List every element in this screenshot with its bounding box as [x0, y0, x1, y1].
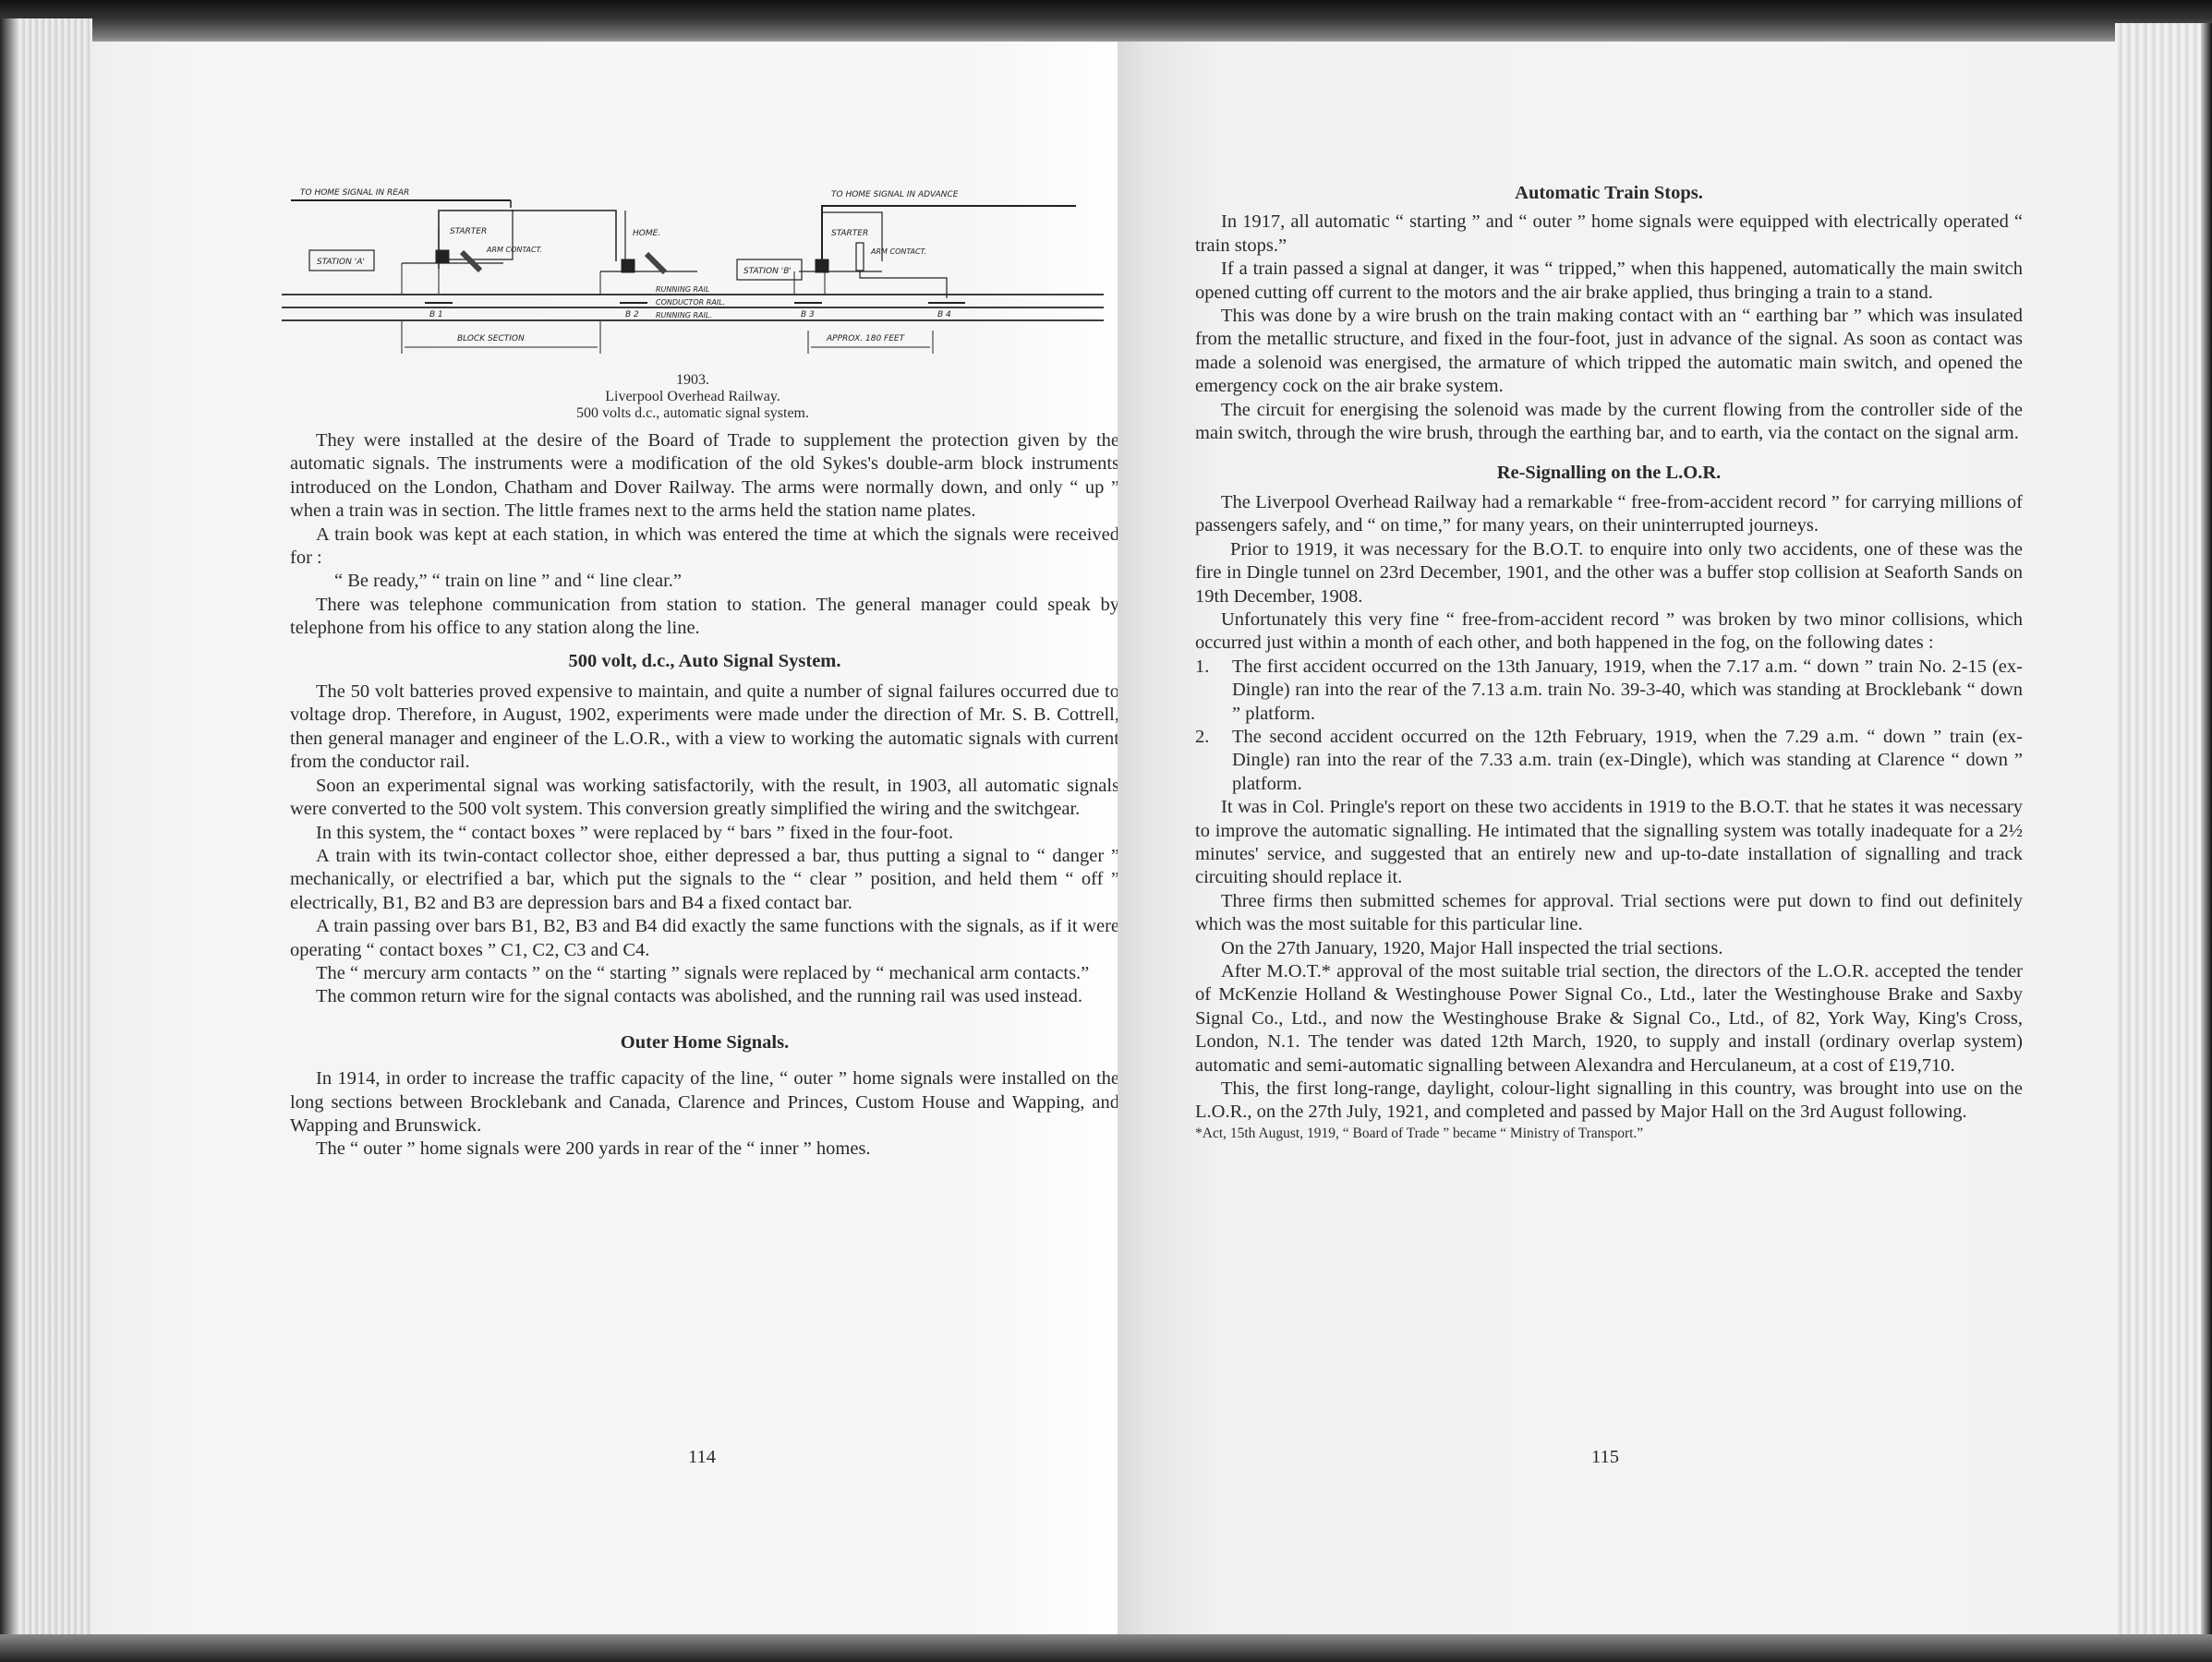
- paragraph: In this system, the “ contact boxes ” we…: [290, 822, 1119, 845]
- paragraph: This was done by a wire brush on the tra…: [1195, 305, 2023, 399]
- paragraph: The circuit for energising the solenoid …: [1195, 399, 2023, 446]
- paragraph: This, the first long-range, daylight, co…: [1195, 1078, 2023, 1125]
- label-b2: B 2: [625, 310, 639, 319]
- label-approx-180-feet: APPROX. 180 FEET: [826, 334, 906, 343]
- paragraph: It was in Col. Pringle's report on these…: [1195, 796, 2023, 890]
- list-item: 2.The second accident occurred on the 12…: [1195, 726, 2023, 796]
- paragraph: If a train passed a signal at danger, it…: [1195, 258, 2023, 305]
- diagram-svg: TO HOME SIGNAL IN REAR TO HOME SIGNAL IN…: [282, 178, 1104, 400]
- label-home: HOME.: [633, 229, 660, 238]
- page-114: TO HOME SIGNAL IN REAR TO HOME SIGNAL IN…: [92, 42, 1118, 1634]
- figure-caption-year: 1903.: [282, 372, 1104, 389]
- book-page-edges-left: [0, 18, 92, 1644]
- left-page-text: They were installed at the desire of the…: [290, 429, 1119, 1162]
- label-to-home-rear: TO HOME SIGNAL IN REAR: [300, 188, 409, 198]
- list-text: The first accident occurred on the 13th …: [1232, 656, 2023, 724]
- label-starter-b: STARTER: [831, 229, 868, 238]
- paragraph: Three firms then submitted schemes for a…: [1195, 890, 2023, 937]
- paragraph: Soon an experimental signal was working …: [290, 775, 1119, 822]
- paragraph: After M.O.T.* approval of the most suita…: [1195, 960, 2023, 1078]
- heading-500-volt: 500 volt, d.c., Auto Signal System.: [290, 650, 1119, 673]
- book-bottom-shadow: [0, 1634, 2212, 1662]
- label-b4: B 4: [937, 310, 951, 319]
- paragraph: The Liverpool Overhead Railway had a rem…: [1195, 491, 2023, 538]
- list-number: 2.: [1195, 726, 1209, 749]
- signal-system-diagram: TO HOME SIGNAL IN REAR TO HOME SIGNAL IN…: [282, 178, 1104, 422]
- label-conductor-rail: CONDUCTOR RAIL.: [656, 298, 725, 307]
- paragraph: The “ mercury arm contacts ” on the “ st…: [290, 962, 1119, 985]
- label-to-home-advance: TO HOME SIGNAL IN ADVANCE: [831, 190, 959, 199]
- paragraph: A train passing over bars B1, B2, B3 and…: [290, 915, 1119, 962]
- paragraph: The common return wire for the signal co…: [290, 985, 1119, 1008]
- page-number-115: 115: [1559, 1447, 1651, 1468]
- paragraph: They were installed at the desire of the…: [290, 429, 1119, 524]
- paragraph: There was telephone communication from s…: [290, 594, 1119, 641]
- paragraph: The “ outer ” home signals were 200 yard…: [290, 1138, 1119, 1161]
- label-arm-contact-b: ARM CONTACT.: [870, 247, 926, 256]
- paragraph: The 50 volt batteries proved expensive t…: [290, 680, 1119, 775]
- paragraph: A train book was kept at each station, i…: [290, 524, 1119, 571]
- page-number-114: 114: [656, 1447, 748, 1468]
- label-starter-a: STARTER: [450, 227, 487, 236]
- list-text: The second accident occurred on the 12th…: [1232, 727, 2023, 794]
- paragraph: In 1914, in order to increase the traffi…: [290, 1067, 1119, 1138]
- label-running-rail-2: RUNNING RAIL.: [656, 311, 712, 319]
- paragraph: A train with its twin-contact collector …: [290, 845, 1119, 915]
- book-top-shadow: [0, 0, 2212, 42]
- heading-outer-home-signals: Outer Home Signals.: [290, 1031, 1119, 1054]
- paragraph: On the 27th January, 1920, Major Hall in…: [1195, 937, 2023, 960]
- list-number: 1.: [1195, 656, 1209, 679]
- label-station-a: STATION 'A': [317, 258, 365, 267]
- label-b1: B 1: [429, 310, 443, 319]
- footnote: *Act, 15th August, 1919, “ Board of Trad…: [1195, 1125, 2023, 1143]
- heading-re-signalling: Re-Signalling on the L.O.R.: [1195, 462, 2023, 485]
- label-station-b: STATION 'B': [743, 267, 792, 276]
- label-block-section: BLOCK SECTION: [457, 334, 525, 343]
- paragraph: Prior to 1919, it was necessary for the …: [1195, 538, 2023, 608]
- figure-caption-title: Liverpool Overhead Railway.: [282, 389, 1104, 405]
- label-arm-contact-a: ARM CONTACT.: [486, 246, 542, 254]
- accident-list: 1.The first accident occurred on the 13t…: [1195, 656, 2023, 796]
- book-page-edges-right: [2115, 23, 2212, 1639]
- list-item: 1.The first accident occurred on the 13t…: [1195, 656, 2023, 726]
- right-page-text: Automatic Train Stops. In 1917, all auto…: [1195, 182, 2023, 1143]
- paragraph: Unfortunately this very fine “ free-from…: [1195, 608, 2023, 656]
- label-running-rail-1: RUNNING RAIL: [656, 285, 709, 294]
- page-115: Automatic Train Stops. In 1917, all auto…: [1118, 42, 2115, 1634]
- quote-line: “ Be ready,” “ train on line ” and “ lin…: [290, 570, 1119, 593]
- label-b3: B 3: [801, 310, 815, 319]
- paragraph: In 1917, all automatic “ starting ” and …: [1195, 211, 2023, 258]
- figure-caption-sub: 500 volts d.c., automatic signal system.: [282, 405, 1104, 422]
- heading-automatic-train-stops: Automatic Train Stops.: [1195, 182, 2023, 205]
